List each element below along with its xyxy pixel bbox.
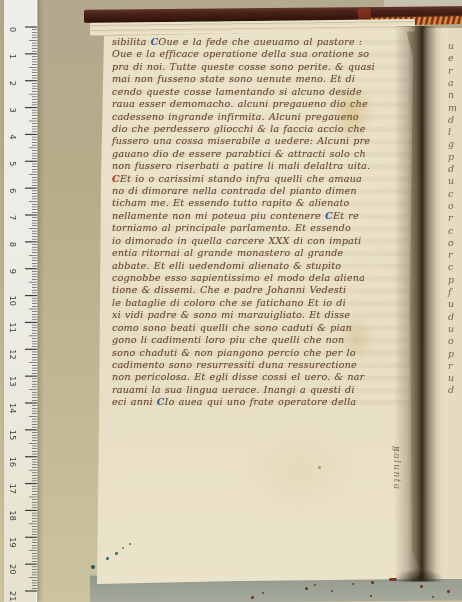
manuscript-photo: ueranmdlgpducorcorcpfuduoprud sibilita C… [0, 0, 462, 602]
facing-text-fragment: c [448, 190, 462, 200]
facing-text-fragment: r [448, 362, 462, 372]
facing-text-fragment: r [448, 251, 462, 261]
surface-speck [370, 595, 372, 597]
line-text: cendo queste cosse lamentando si alcuno … [112, 87, 362, 98]
line-text: Oue e la fede che aueuamo al pastore : [158, 37, 362, 48]
line-text: ticham me. Et essendo tutto rapito & ali… [112, 198, 350, 209]
line-text: le bataglie di coloro che se fatichano E… [112, 298, 346, 309]
line-text: como sono beati quelli che sono caduti &… [112, 323, 352, 334]
svg-text:1: 1 [8, 54, 18, 59]
stain-dot [318, 466, 321, 469]
surface-speck [389, 578, 397, 581]
svg-text:18: 18 [8, 510, 18, 520]
line-text: abbate. Et elli uedendomi alienato & stu… [112, 261, 341, 272]
surface-speck [371, 581, 374, 584]
facing-text-fragment: o [448, 337, 462, 347]
ink-spot [129, 543, 131, 545]
surface-speck [432, 596, 434, 598]
ruler-ticks: 0123456789101112131415161718192021 [4, 0, 38, 602]
line-text: io dimorado in quella carcere XXX di con… [112, 236, 361, 247]
manuscript-line: torniamo al principale parlamento. Et es… [112, 223, 412, 235]
facing-text-fragment: p [448, 153, 462, 163]
line-text: pra di noi. Tutte queste cosse sono peri… [112, 62, 375, 73]
facing-text-fragment: f [448, 288, 462, 298]
surface-speck [305, 587, 308, 590]
facing-text-fragment: n [448, 91, 462, 101]
manuscript-line: cendo queste cosse lamentando si alcuno … [112, 87, 412, 99]
facing-text-fragment: e [448, 54, 462, 64]
facing-text-fragment: r [448, 67, 462, 77]
svg-text:14: 14 [8, 403, 18, 413]
facing-text-fragment: d [448, 165, 462, 175]
surface-speck [251, 596, 254, 599]
ruler: 0123456789101112131415161718192021 [4, 0, 38, 602]
line-text: gono li cadimenti loro piu che quelli ch… [112, 335, 344, 346]
line-text: cadimento sono resurressiti duna ressure… [112, 360, 357, 371]
line-text: no di dimorare nella contrada del pianto… [112, 186, 357, 197]
line-text: Et io o carissimi stando infra quelli ch… [120, 174, 362, 185]
manuscript-line: nellamente non mi poteua piu contenere C… [112, 211, 412, 223]
surface-speck [352, 583, 354, 585]
svg-text:6: 6 [8, 188, 18, 193]
svg-text:16: 16 [8, 457, 18, 467]
manuscript-line: mai non fusseno state sono uenute meno. … [112, 74, 412, 86]
manuscript-line: io dimorado in quella carcere XXX di con… [112, 236, 412, 248]
surface-speck [447, 590, 450, 593]
line-text: sibilita [112, 37, 151, 48]
svg-text:4: 4 [8, 134, 18, 139]
svg-text:12: 12 [8, 349, 18, 359]
manuscript-line: pra di noi. Tutte queste cosse sono peri… [112, 62, 412, 74]
manuscript-line: raua esser demomacho. alcuni pregaueno d… [112, 99, 412, 111]
facing-text-fragment: u [448, 42, 462, 52]
facing-text-fragment: p [448, 350, 462, 360]
line-text: rauami la sua lingua uerace. Inangi a qu… [112, 385, 355, 396]
paragraph-mark: C [325, 211, 333, 222]
manuscript-line: CEt io o carissimi stando infra quelli c… [112, 174, 412, 186]
surface-speck [262, 592, 264, 594]
line-text: torniamo al principale parlamento. Et es… [112, 223, 351, 234]
manuscript-line: non fussero riserbati a patire li mali d… [112, 161, 412, 173]
surface-speck [314, 584, 316, 586]
manuscript-line: entia ritornai al grande monastero al gr… [112, 248, 412, 260]
facing-text-fragment: p [448, 276, 462, 286]
manuscript-line: no di dimorare nella contrada del pianto… [112, 186, 412, 198]
line-text: Et re [333, 211, 359, 222]
svg-text:5: 5 [8, 161, 18, 166]
facing-text-fragment: r [448, 214, 462, 224]
facing-text-fragment: g [448, 140, 462, 150]
manuscript-line: sibilita COue e la fede che aueuamo al p… [112, 37, 412, 49]
manuscript-line: como sono beati quelli che sono caduti &… [112, 323, 412, 335]
paragraph-mark: C [157, 397, 165, 408]
ink-spot [91, 565, 95, 569]
ink-spot [106, 557, 109, 560]
manuscript-line: gauano dio de essere parabtici & attract… [112, 149, 412, 161]
svg-text:9: 9 [8, 269, 18, 274]
manuscript-line: gono li cadimenti loro piu che quelli ch… [112, 335, 412, 347]
facing-text-fragment: u [448, 300, 462, 310]
surface-speck [331, 590, 333, 592]
svg-text:2: 2 [8, 81, 18, 86]
facing-text-fragment: d [448, 116, 462, 126]
manuscript-line: cognobbe esso sapientissimo el modo dela… [112, 273, 412, 285]
facing-text-fragment: d [448, 386, 462, 396]
book-gutter [394, 26, 442, 581]
facing-text-fragment: u [448, 374, 462, 384]
svg-text:17: 17 [8, 484, 18, 494]
facing-text-fragment: c [448, 263, 462, 273]
paragraph-mark: C [112, 174, 120, 185]
manuscript-line: non pericolosa. Et egli disse cossi el u… [112, 372, 412, 384]
manuscript-line: sono chaduti & non piangono percio che p… [112, 348, 412, 360]
manuscript-line: fussero una cossa miserabile a uedere: A… [112, 136, 412, 148]
line-text: mai non fusseno state sono uenute meno. … [112, 74, 355, 85]
manuscript-line: eci anni CIo auea qui uno frate operator… [112, 397, 412, 409]
text-block: sibilita COue e la fede che aueuamo al p… [112, 37, 412, 417]
manuscript-line: tione & dissemi. Che e padre Johanni Ved… [112, 285, 412, 297]
svg-text:7: 7 [8, 215, 18, 220]
line-text: sono chaduti & non piangono percio che p… [112, 348, 356, 359]
line-text: fussero una cossa miserabile a uedere: A… [112, 136, 370, 147]
surface-speck [420, 585, 423, 588]
line-text: raua esser demomacho. alcuni pregaueno d… [112, 99, 368, 110]
manuscript-page: sibilita COue e la fede che aueuamo al p… [0, 0, 462, 602]
manuscript-line: xi vidi padre & sono mi marauigliato. Et… [112, 310, 412, 322]
line-text: cognobbe esso sapientissimo el modo dela… [112, 273, 365, 284]
svg-text:10: 10 [8, 296, 18, 306]
manuscript-line: cadimento sono resurressiti duna ressure… [112, 360, 412, 372]
manuscript-line: cadesseno ingrande infirmita. Alcuni pre… [112, 112, 412, 124]
line-text: non pericolosa. Et egli disse cossi el u… [112, 372, 364, 383]
svg-text:8: 8 [8, 242, 18, 247]
svg-text:13: 13 [8, 376, 18, 386]
svg-text:19: 19 [8, 537, 18, 547]
line-text: gauano dio de essere parabtici & attract… [112, 149, 366, 160]
line-text: non fussero riserbati a patire li mali d… [112, 161, 370, 172]
ink-spot [115, 552, 118, 555]
facing-text-fragment: u [448, 325, 462, 335]
line-text: Io auea qui uno frate operatore della [165, 397, 357, 408]
manuscript-line: dio che perdessero gliocchi & la faccia … [112, 124, 412, 136]
facing-text-fragment: c [448, 227, 462, 237]
manuscript-line: ticham me. Et essendo tutto rapito & ali… [112, 198, 412, 210]
svg-text:3: 3 [8, 108, 18, 113]
manuscript-line: le bataglie di coloro che se fatichano E… [112, 298, 412, 310]
manuscript-line: abbate. Et elli uedendomi alienato & stu… [112, 261, 412, 273]
facing-text-fragment: l [448, 128, 462, 138]
facing-text-fragment: d [448, 313, 462, 323]
facing-text-fragment: a [448, 79, 462, 89]
svg-text:20: 20 [8, 564, 18, 574]
facing-text-fragment: o [448, 202, 462, 212]
line-text: dio che perdessero gliocchi & la faccia … [112, 124, 366, 135]
line-text: Oue e la efficace operatione della sua o… [112, 49, 369, 60]
line-text: entia ritornai al grande monastero al gr… [112, 248, 343, 259]
facing-text-fragment: o [448, 239, 462, 249]
manuscript-line: Oue e la efficace operatione della sua o… [112, 49, 412, 61]
svg-text:21: 21 [8, 591, 18, 601]
svg-text:11: 11 [8, 322, 18, 332]
line-text: eci anni [112, 397, 157, 408]
line-text: nellamente non mi poteua piu contenere [112, 211, 325, 222]
facing-text-fragment: m [448, 104, 462, 114]
line-text: tione & dissemi. Che e padre Johanni Ved… [112, 285, 346, 296]
manuscript-line: rauami la sua lingua uerace. Inangi a qu… [112, 385, 412, 397]
ink-spot [122, 547, 124, 549]
facing-text-fragment: u [448, 177, 462, 187]
line-text: cadesseno ingrande infirmita. Alcuni pre… [112, 112, 359, 123]
svg-text:0: 0 [8, 27, 18, 32]
line-text: xi vidi padre & sono mi marauigliato. Et… [112, 310, 350, 321]
svg-text:15: 15 [8, 430, 18, 440]
